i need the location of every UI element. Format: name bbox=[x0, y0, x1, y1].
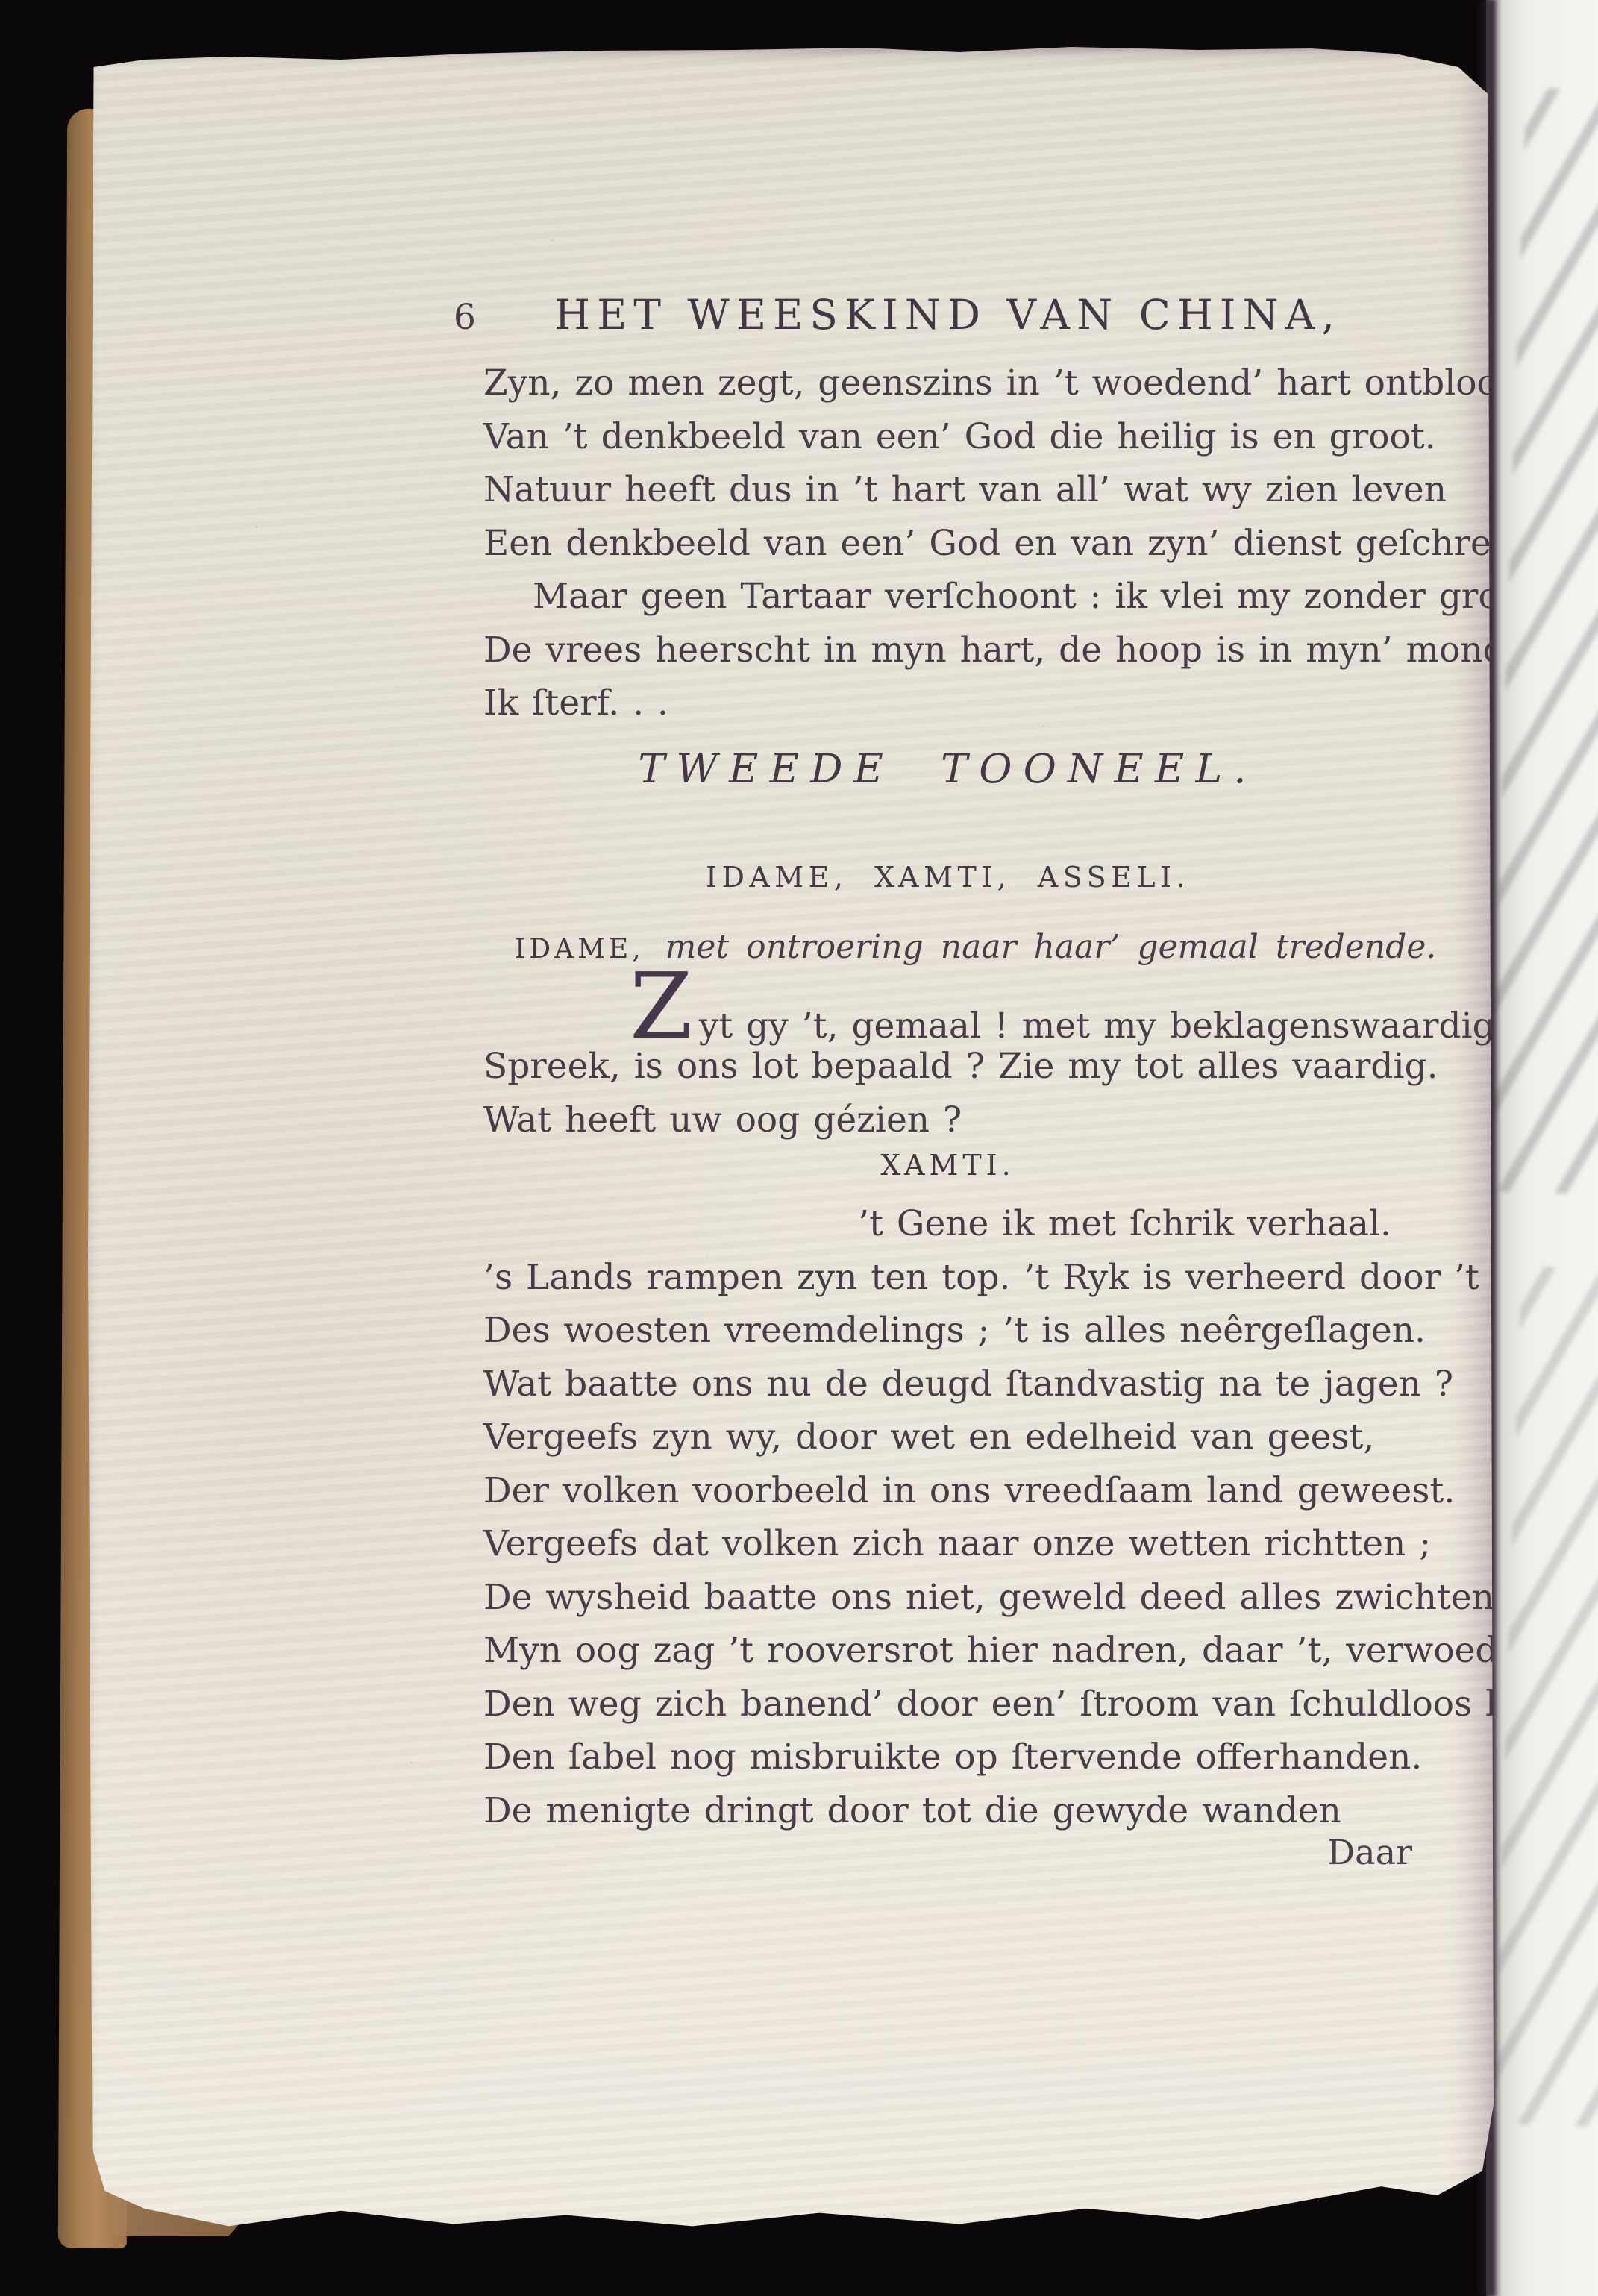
xamti-speech: ’t Gene ik met ſchrik verhaal. ’s Lands … bbox=[483, 1197, 1412, 1837]
verse-line: De menigte dringt door tot die gewyde wa… bbox=[483, 1784, 1412, 1838]
verse-line: Den weg zich banend’ door een’ ſtroom va… bbox=[483, 1678, 1412, 1731]
speaker-heading: XAMTI. bbox=[483, 1149, 1412, 1182]
verse-line: Wat baatte ons nu de deugd ſtandvastig n… bbox=[483, 1358, 1412, 1411]
verse-line: Ik ſterf. . . bbox=[483, 677, 1412, 730]
scene-heading: TWEEDE TOONEEL. bbox=[483, 745, 1412, 792]
verse-line: De wysheid baatte ons niet, geweld deed … bbox=[483, 1571, 1412, 1625]
verse-line-dropcap: Z yt gy ’t, gemaal ! met my beklagenswaa… bbox=[630, 969, 1509, 1047]
text-column: 6 HET WEESKIND VAN CHINA, Zyn, zo men ze… bbox=[483, 42, 1412, 2248]
verse-line: yt gy ’t, gemaal ! met my beklagenswaard… bbox=[699, 1006, 1509, 1047]
verse-line: Spreek, is ons lot bepaald ? Zie my tot … bbox=[483, 1046, 1438, 1087]
verse-line: Zyn, zo men zegt, geenszins in ’t woeden… bbox=[483, 357, 1412, 410]
verse-line: Myn oog zag ’t rooversrot hier nadren, d… bbox=[483, 1624, 1412, 1678]
stage-direction-text: met ontroering naar haar’ gemaal tredend… bbox=[665, 928, 1437, 966]
cast-list: IDAME, XAMTI, ASSELI. bbox=[483, 861, 1412, 894]
monologue-continuation: Zyn, zo men zegt, geenszins in ’t woeden… bbox=[483, 357, 1412, 730]
verse-line: Natuur heeft dus in ’t hart van all’ wat… bbox=[483, 463, 1412, 517]
verse-line: ’t Gene ik met ſchrik verhaal. bbox=[483, 1197, 1412, 1251]
verse-line: Wat heeft uw oog gézien ? bbox=[483, 1100, 962, 1141]
facing-page-text-bleed bbox=[1492, 1266, 1598, 2128]
verse-line: De vrees heerscht in myn hart, de hoop i… bbox=[483, 624, 1412, 677]
verse-line: Van ’t denkbeeld van een’ God die heilig… bbox=[483, 410, 1412, 464]
facing-page-edge bbox=[1486, 0, 1598, 2296]
catchword: Daar bbox=[483, 1832, 1453, 1872]
verse-line: Den ſabel nog misbruikte op ſtervende of… bbox=[483, 1731, 1412, 1784]
verse-line: ’s Lands rampen zyn ten top. ’t Ryk is v… bbox=[483, 1251, 1412, 1305]
verse-line: Vergeefs dat volken zich naar onze wette… bbox=[483, 1517, 1412, 1571]
verse-line: Vergeefs zyn wy, door wet en edelheid va… bbox=[483, 1411, 1412, 1464]
verse-line: Maar geen Tartaar verſchoont : ik vlei m… bbox=[483, 570, 1412, 624]
running-title: HET WEESKIND VAN CHINA, bbox=[483, 291, 1412, 339]
speaker-name: IDAME, bbox=[515, 934, 645, 964]
page-number: 6 bbox=[454, 297, 476, 338]
facing-page-text-bleed bbox=[1488, 87, 1598, 1195]
verse-line: Een denkbeeld van een’ God en van zyn’ d… bbox=[483, 517, 1412, 571]
verse-line: Der volken voorbeeld in ons vreedſaam la… bbox=[483, 1464, 1412, 1518]
page-header: 6 HET WEESKIND VAN CHINA, bbox=[483, 291, 1412, 339]
verse-line: Des woesten vreemdelings ; ’t is alles n… bbox=[483, 1304, 1412, 1358]
drop-cap-initial: Z bbox=[630, 969, 693, 1044]
book-page: 6 HET WEESKIND VAN CHINA, Zyn, zo men ze… bbox=[88, 42, 1494, 2248]
